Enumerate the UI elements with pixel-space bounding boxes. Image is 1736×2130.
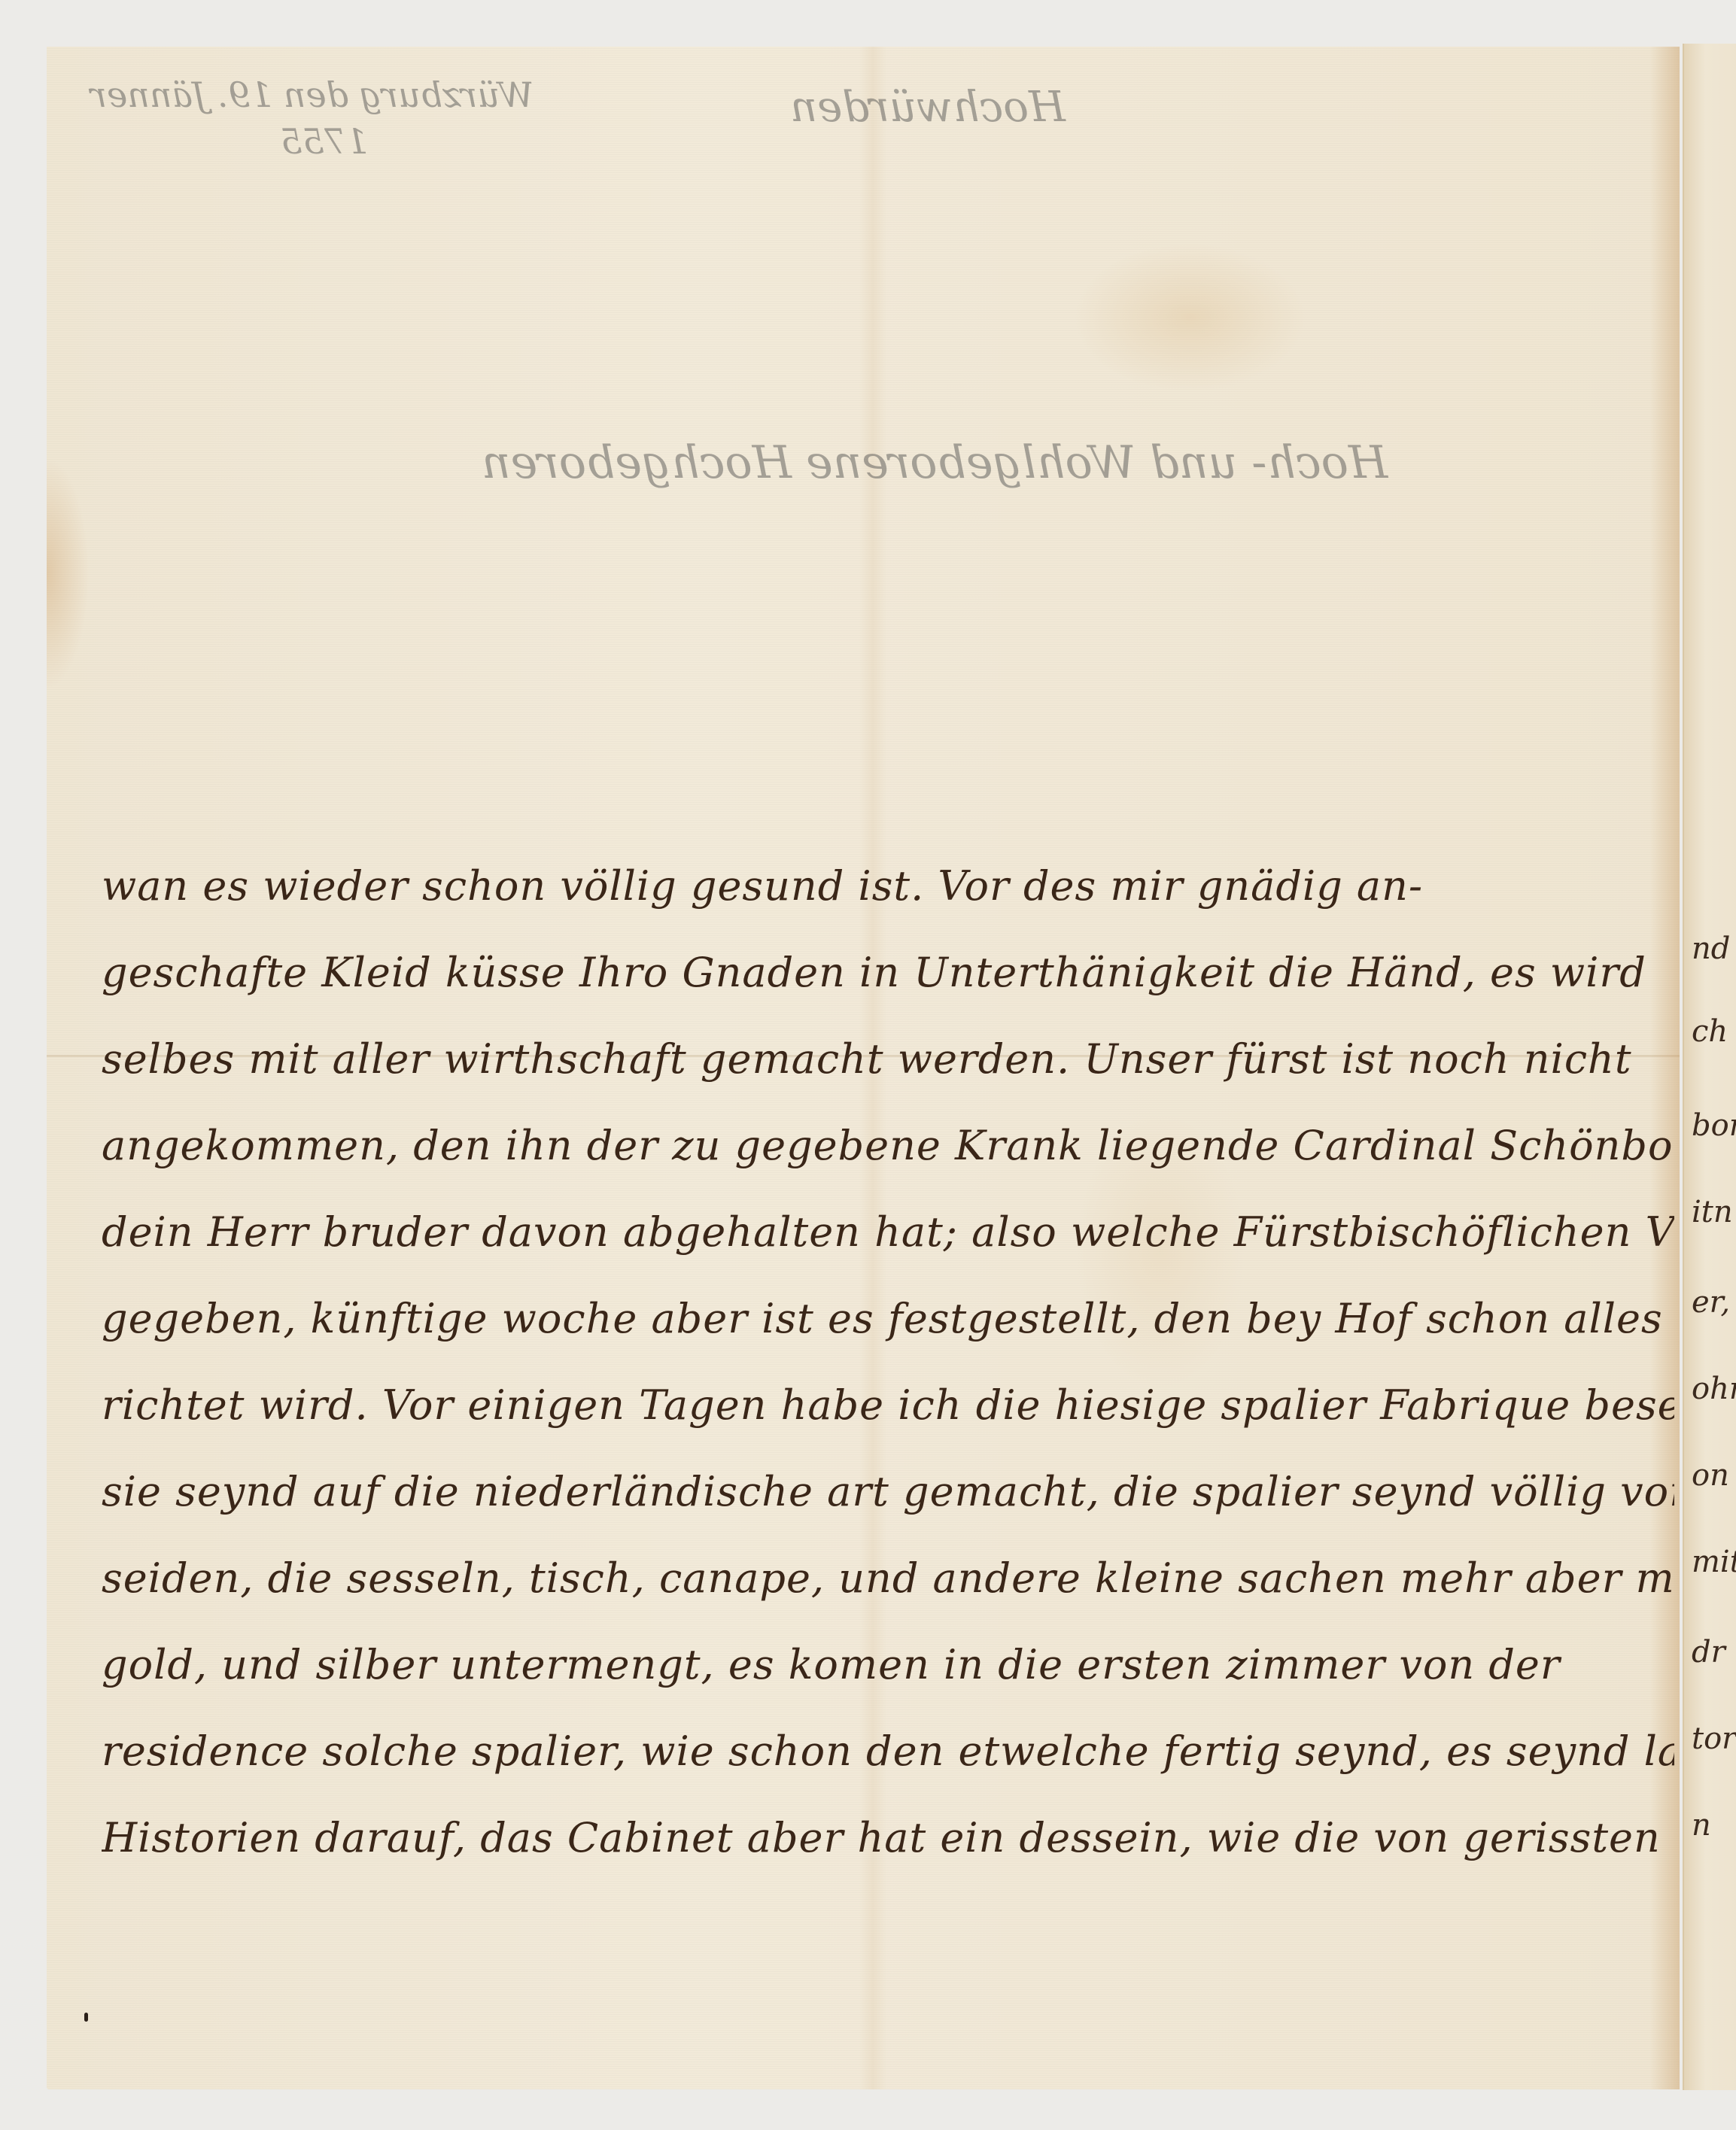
letter-line: Historien darauf, das Cabinet aber hat e… [102, 1794, 1674, 1881]
next-page-fragment: ohn, [1692, 1372, 1736, 1406]
letter-line: sie seynd auf die niederländische art ge… [102, 1448, 1674, 1535]
next-page-fragment: nd [1692, 931, 1730, 966]
letter-line: dein Herr bruder davon abgehalten hat; a… [102, 1189, 1674, 1275]
letter-line: gegeben, künftige woche aber ist es fest… [102, 1275, 1674, 1362]
next-page-fragment: bom [1692, 1108, 1736, 1143]
letter-line: geschafte Kleid küsse Ihro Gnaden in Unt… [102, 929, 1674, 1016]
next-page-fragment: mit [1692, 1545, 1736, 1579]
next-page-fragment: tor [1692, 1721, 1736, 1756]
next-page-fragment: on [1692, 1458, 1729, 1493]
next-page-fragment: ch [1692, 1014, 1728, 1049]
adjacent-page-strip: nd ch bom itn er, ohn, on mit dr tor n [1683, 44, 1736, 2090]
letter-line: seiden, die sesseln, tisch, canape, und … [102, 1535, 1674, 1621]
pencil-date-annotation: Würzburg den 19. Jänner 1755 [90, 71, 534, 165]
next-page-fragment: n [1692, 1808, 1711, 1843]
letter-line: wan es wieder schon völlig gesund ist. V… [102, 843, 1674, 929]
letter-line: angekommen, den ihn der zu gegebene Kran… [102, 1102, 1674, 1189]
pencil-address-annotation: Hochwürden [790, 83, 1066, 132]
letter-body: wan es wieder schon völlig gesund ist. V… [102, 843, 1674, 1881]
next-page-fragment: er, [1692, 1285, 1730, 1320]
letter-line: residence solche spalier, wie schon den … [102, 1708, 1674, 1794]
ink-dot [84, 2013, 88, 2022]
letter-line: selbes mit aller wirthschaft gemacht wer… [102, 1016, 1674, 1102]
pencil-date-line-2: 1755 [90, 118, 534, 165]
mirrored-offset-text: Hoch- und Wohlgeborene Hochgeboren [482, 436, 1388, 489]
next-page-fragment: itn [1692, 1195, 1733, 1229]
letter-line: richtet wird. Vor einigen Tagen habe ich… [102, 1362, 1674, 1448]
letter-line: gold, und silber untermengt, es komen in… [102, 1621, 1674, 1708]
next-page-fragment: dr [1692, 1635, 1725, 1670]
pencil-date-line-1: Würzburg den 19. Jänner [90, 71, 534, 118]
